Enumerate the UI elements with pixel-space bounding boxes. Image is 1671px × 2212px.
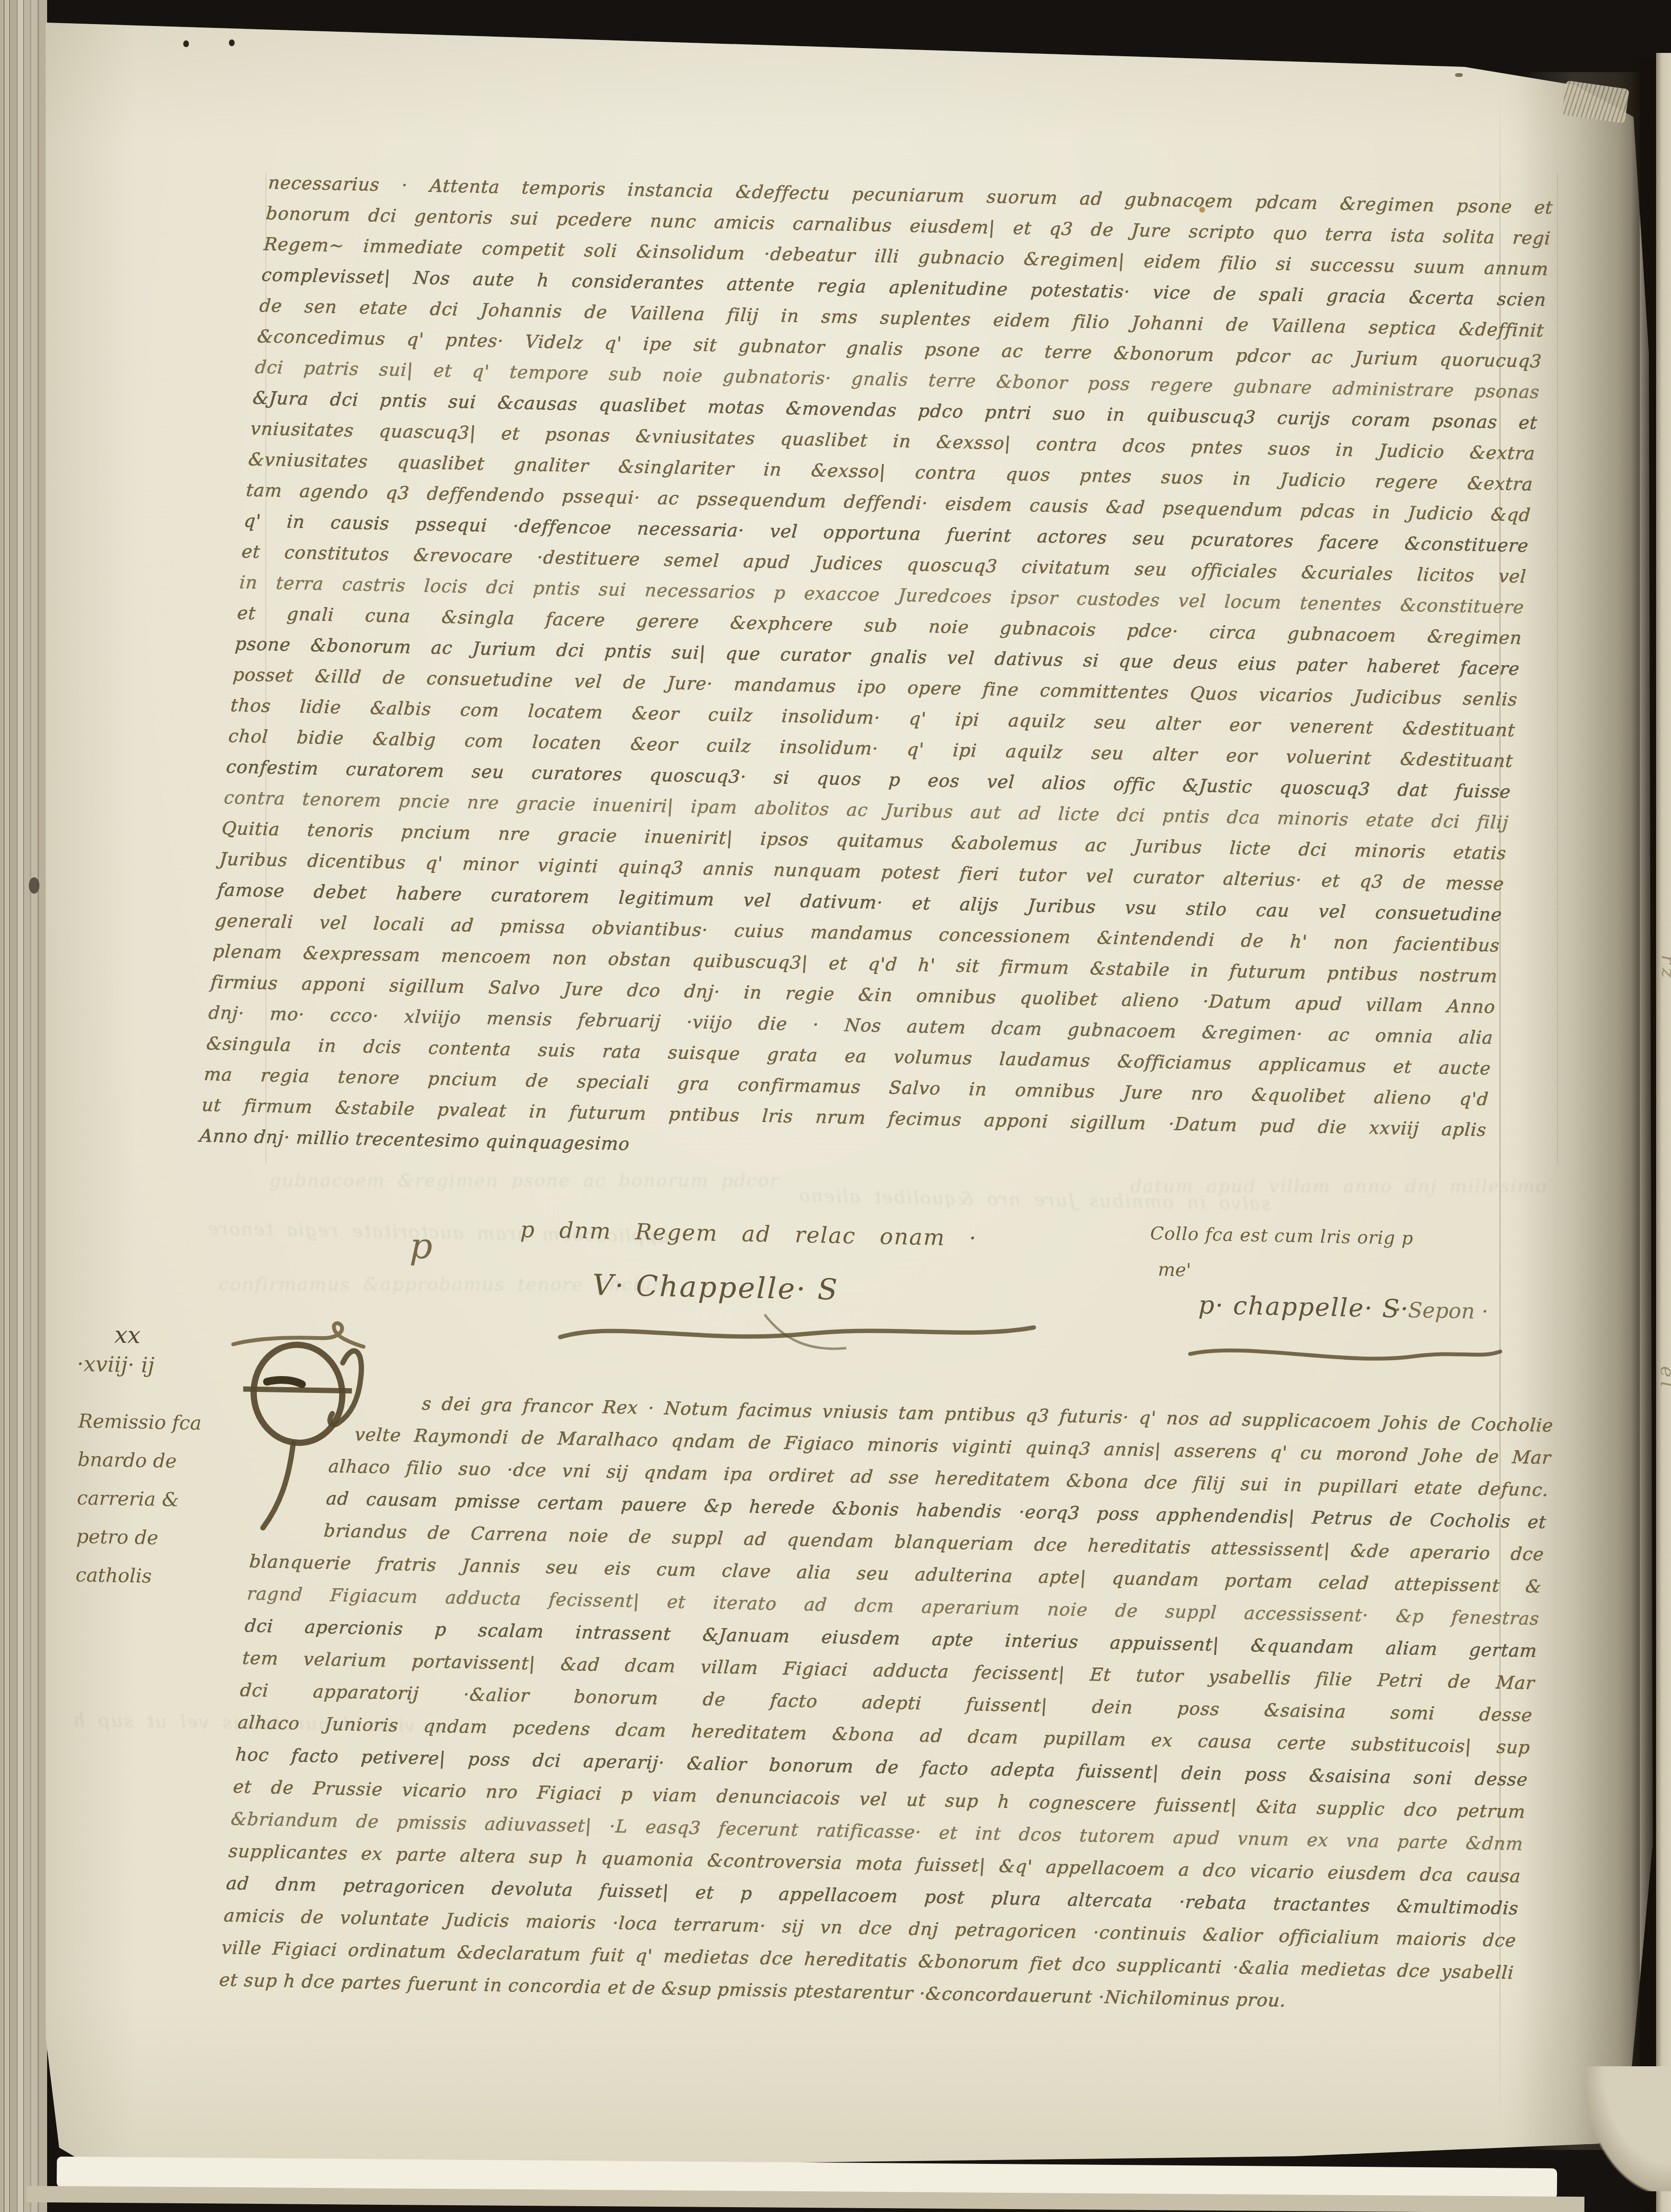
facing-page-ink-marks: el — [1656, 1366, 1671, 1391]
act-1-text-block: necessarius · Attenta temporis instancia… — [199, 167, 1554, 1176]
ink-speck — [1455, 73, 1463, 77]
binding-hole — [229, 39, 235, 46]
manuscript-photo: rz el gubnacoem &regimen psone ac bonoru… — [0, 0, 1671, 2212]
margin-number-xx: xx — [114, 1322, 141, 1349]
margin-remissio-note: Remissio fcabnardo decarreria &petro dec… — [75, 1402, 252, 1597]
facing-page-ink-marks: rz — [1657, 955, 1671, 982]
margin-number-sub: ·xviij· ij — [77, 1352, 155, 1378]
per-abbreviation-mark: p — [409, 1226, 433, 1267]
secretary-mark: · Sepon · — [1395, 1298, 1489, 1324]
margin-note-line: bnardo de — [77, 1441, 251, 1482]
facing-page-sliver — [1656, 53, 1671, 2212]
bleedthrough-text: datum apud villam anno dnj millesimo — [1130, 1176, 1547, 1197]
bleedthrough-text: gubnacoem &regimen psone ac bonorum pdco… — [269, 1170, 779, 1191]
book-left-page-edges — [0, 0, 47, 2212]
margin-note-line: carreria & — [76, 1479, 250, 1520]
signature-flourish-left — [558, 1311, 1039, 1354]
collation-note-line-2: me' — [1158, 1259, 1192, 1280]
facing-page-corner — [1585, 2066, 1671, 2191]
chancery-signature-left: V· Chappelle· S — [592, 1268, 839, 1307]
chancery-signature-right: p· chappelle· S· — [1198, 1291, 1409, 1324]
signature-flourish-right — [1188, 1337, 1505, 1376]
act-2-text-block: s dei gra francor Rex · Notum facimus vn… — [218, 1384, 1554, 2021]
binding-wear-spot — [29, 877, 39, 894]
gutter-shadow — [1631, 58, 1659, 2212]
margin-note-line: catholis — [75, 1556, 249, 1597]
margin-note-line: Remissio fca — [78, 1402, 251, 1443]
margin-note-line: petro de — [76, 1517, 250, 1559]
binding-hole — [183, 40, 189, 47]
